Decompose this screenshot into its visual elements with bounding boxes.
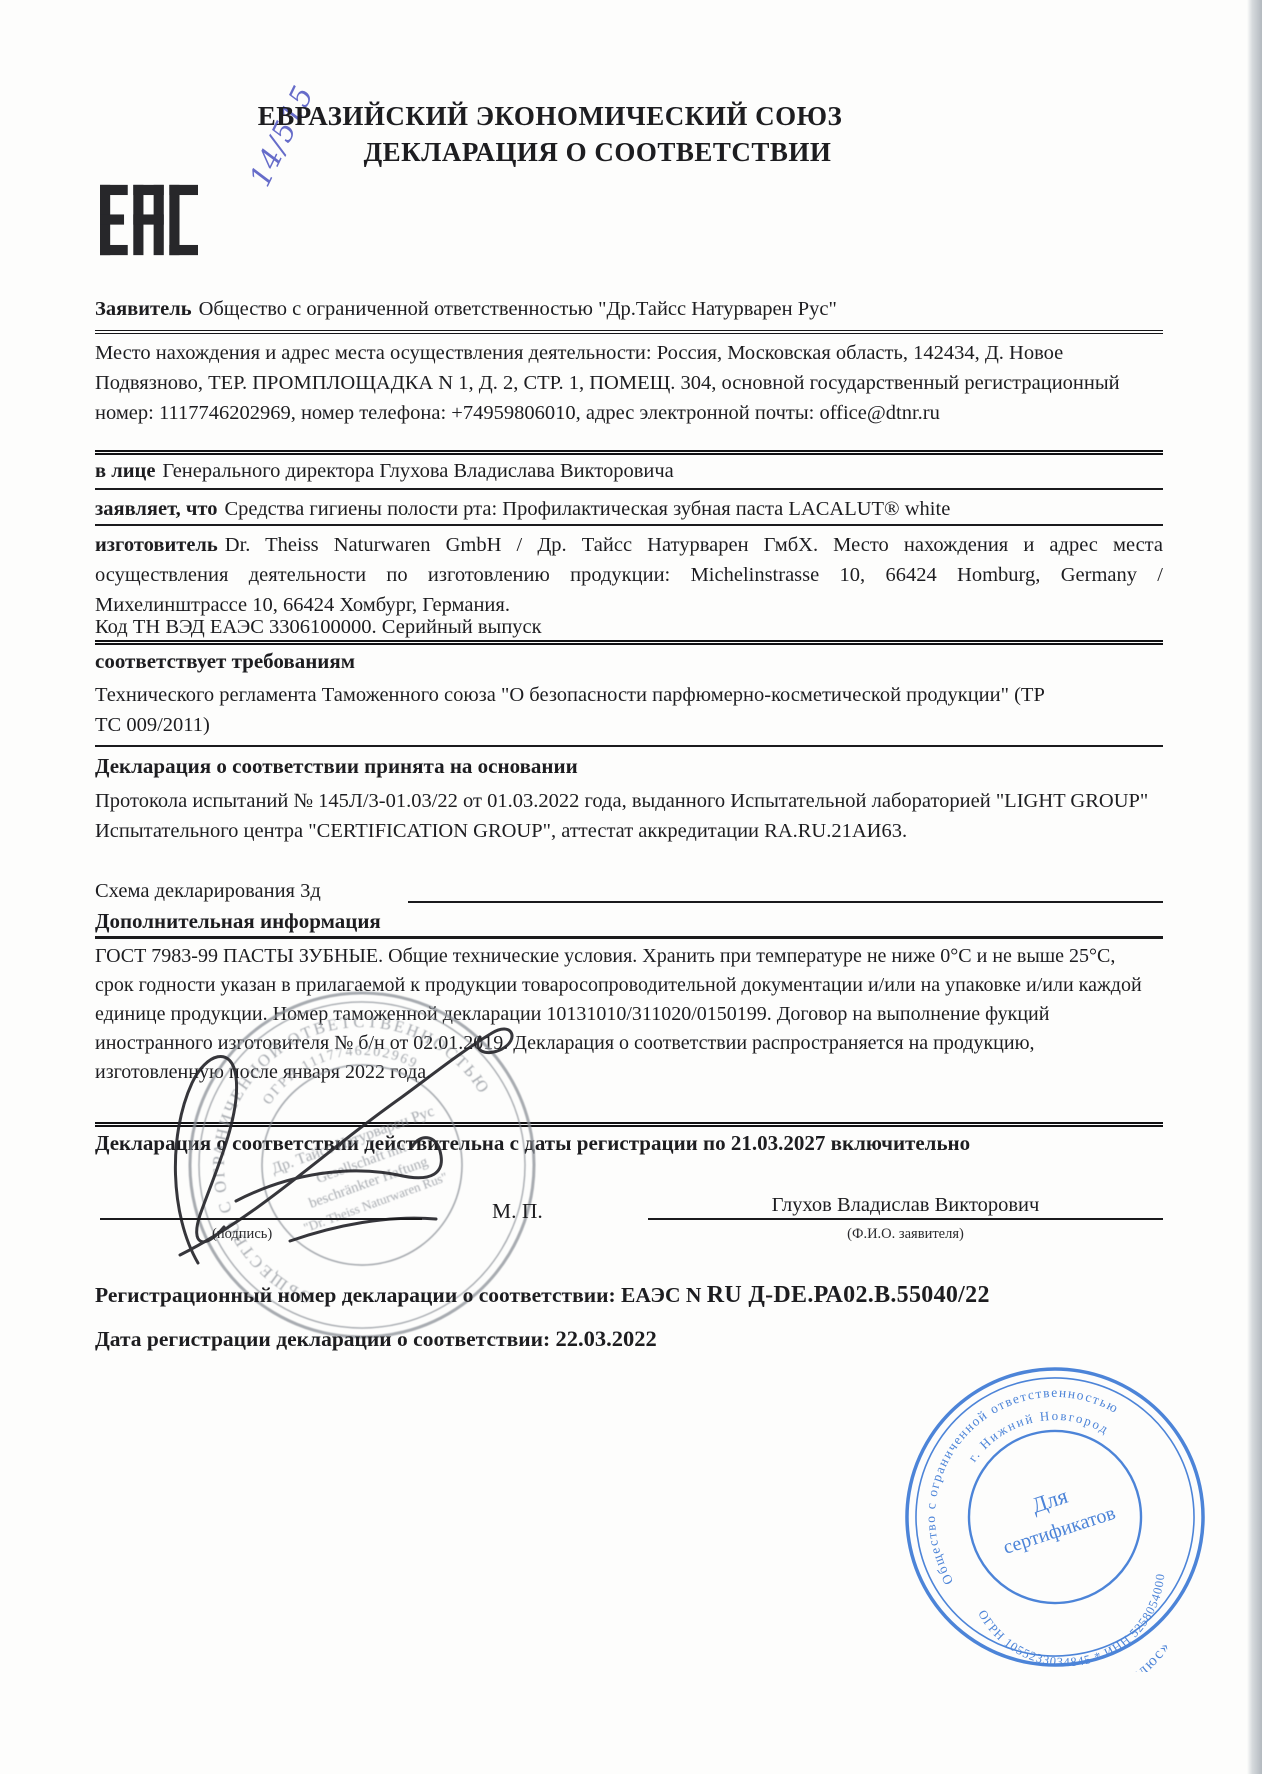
divider [95,745,1163,747]
blue-stamp-center-1: Для [1029,1483,1071,1518]
signature-scribble [140,1005,570,1285]
declarant-name: Глухов Владислав Викторович [648,1190,1163,1220]
tnved-text: Код ТН ВЭД ЕАЭС 3306100000. Серийный вып… [95,616,542,638]
declares-label: заявляет, что [95,498,217,520]
svg-text:Общество с ограниченной ответс: Общество с ограниченной ответственностью [900,1369,1151,1589]
address-row: Место нахождения и адрес места осуществл… [95,338,1163,428]
person-row: в лицеГенерального директора Глухова Вла… [95,456,1163,486]
registration-number-value: RU Д-DE.РА02.В.55040/22 [707,1282,990,1308]
mp-seal-mark: М. П. [492,1196,572,1226]
divider [95,450,1163,455]
name-caption: (Ф.И.О. заявителя) [648,1226,1163,1243]
declares-row: заявляет, чтоСредства гигиены полости рт… [95,494,1163,524]
registration-date-label: Дата регистрации декларации о соответств… [95,1327,550,1351]
divider [95,524,1163,526]
regulation-row: Технического регламента Таможенного союз… [95,680,1075,740]
signature-caption: (подпись) [212,1226,272,1243]
document-title: ЕВРАЗИЙСКИЙ ЭКОНОМИЧЕСКИЙ СОЮЗ ДЕКЛАРАЦИ… [170,98,930,170]
basis-text: Протокола испытаний № 145Л/3-01.03/22 от… [95,786,1163,846]
blue-stamp-center-2: сертификатов [1001,1502,1119,1559]
manufacturer-row: изготовительDr. Theiss Naturwaren GmbH /… [95,530,1163,620]
tnved-row: Код ТН ВЭД ЕАЭС 3306100000. Серийный вып… [95,612,1163,642]
eac-logo-icon [100,182,198,258]
divider [95,488,1163,490]
blue-stamp-outer-top: Общество с ограниченной ответственностью [900,1369,1151,1589]
scan-edge [1247,0,1262,1774]
title-line-2: ДЕКЛАРАЦИЯ О СООТВЕТСТВИИ [265,134,930,170]
complies-heading: соответствует требованиям [95,646,1163,676]
name-line [648,1218,1163,1220]
applicant-row: ЗаявительОбщество с ограниченной ответст… [95,294,1163,324]
certification-round-stamp: Общество с ограниченной ответственностью… [900,1362,1210,1672]
manufacturer-text: Dr. Theiss Naturwaren GmbH / Др. Тайсс Н… [95,534,1163,616]
registration-number-prefix: ЕАЭС N [621,1283,701,1307]
manufacturer-label: изготовитель [95,534,218,556]
registration-date-value: 22.03.2022 [556,1326,657,1351]
divider [95,330,1163,334]
declaration-document: 14/515 ЕВРАЗИЙСКИЙ ЭКОНОМИЧЕСКИЙ СОЮЗ ДЕ… [0,0,1262,1774]
additional-heading: Дополнительная информация [95,906,1163,936]
basis-heading: Декларация о соответствии принята на осн… [95,751,1163,781]
registration-date-row: Дата регистрации декларации о соответств… [95,1326,1163,1352]
divider [408,901,1163,903]
divider [95,936,1163,939]
signature-line [100,1218,422,1220]
registration-number-label: Регистрационный номер декларации о соотв… [95,1283,616,1307]
address-text: Место нахождения и адрес места осуществл… [95,342,1120,424]
person-text: Генерального директора Глухова Владислав… [162,460,673,482]
person-label: в лице [95,460,155,482]
applicant-label: Заявитель [95,298,192,320]
divider [95,640,1163,645]
registration-number-row: Регистрационный номер декларации о соотв… [95,1282,1163,1309]
declares-text: Средства гигиены полости рта: Профилакти… [224,498,950,520]
title-line-1: ЕВРАЗИЙСКИЙ ЭКОНОМИЧЕСКИЙ СОЮЗ [170,98,930,134]
applicant-text: Общество с ограниченной ответственностью… [199,298,837,320]
